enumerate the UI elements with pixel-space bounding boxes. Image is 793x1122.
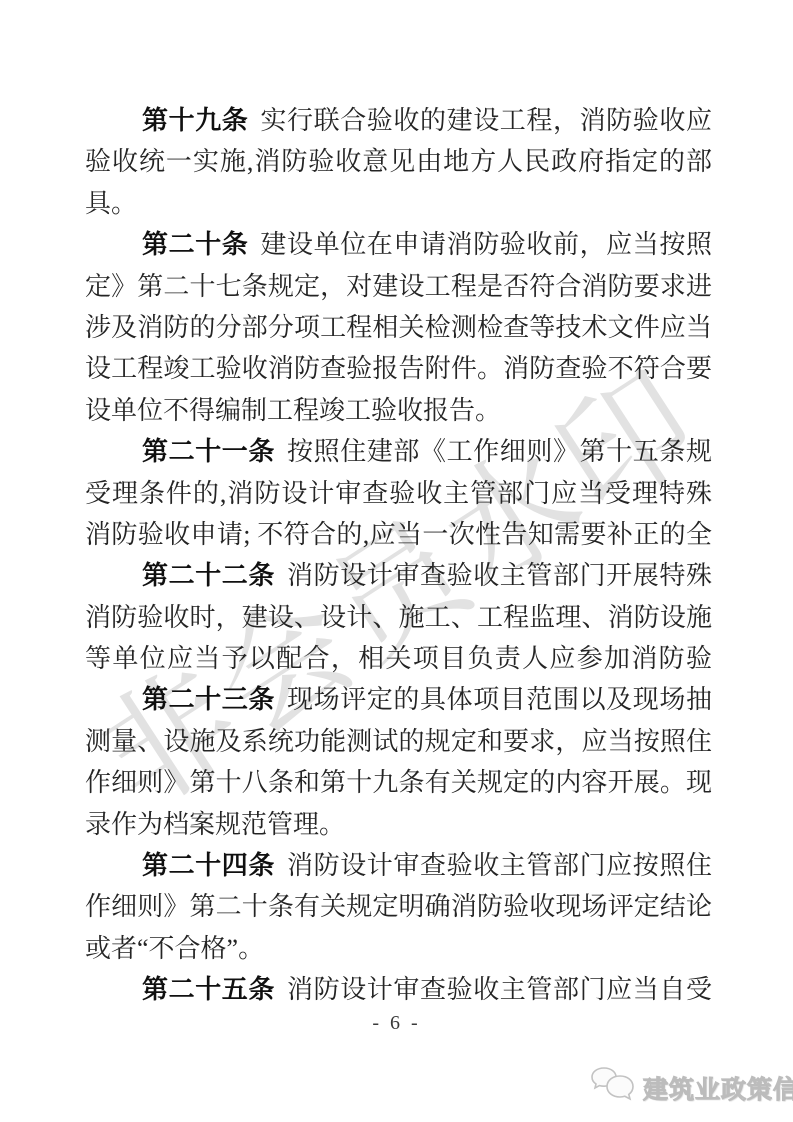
article-number: 第二十四条 (142, 851, 275, 880)
article-number: 第二十条 (142, 230, 248, 259)
document-page: 非会员水印 第十九条实行联合验收的建设工程，消防验收应纳入联合验收统一实施,消防… (0, 0, 793, 1122)
article-line: 定》第二十七条规定，对建设工程是否符合消防要求进行查验， (85, 266, 712, 307)
article-line: 录作为档案规范管理。 (85, 804, 712, 845)
article-line: 设工程竣工验收消防查验报告附件。消防查验不符合要求的，建 (85, 348, 712, 389)
article-line: 第十九条实行联合验收的建设工程，消防验收应纳入联合 (85, 100, 712, 141)
article-number: 第二十二条 (142, 561, 275, 590)
brand-label: 建筑业政策信息 (643, 1070, 793, 1106)
article-line: 作细则》第二十条有关规定明确消防验收现场评定结论为“合格” (85, 886, 712, 927)
article-line: 第二十一条按照住建部《工作细则》第十五条规定，符合 (85, 431, 712, 472)
article-number: 第二十一条 (142, 437, 275, 466)
article-line: 消防验收申请; 不符合的,应当一次性告知需要补正的全部内容。 (85, 514, 712, 555)
article-line: 作细则》第十八条和第十九条有关规定的内容开展。现场评定记 (85, 762, 712, 803)
article-line: 第二十四条消防设计审查验收主管部门应按照住建部《工 (85, 845, 712, 886)
article-number: 第十九条 (142, 106, 248, 135)
document-body: 第十九条实行联合验收的建设工程，消防验收应纳入联合验收统一实施,消防验收意见由地… (85, 100, 712, 1011)
article-line: 第二十三条现场评定的具体项目范围以及现场抽样查看、 (85, 679, 712, 720)
article-line: 设单位不得编制工程竣工验收报告。 (85, 390, 712, 431)
article-line: 第二十条建设单位在申请消防验收前，应当按照《暂行规 (85, 224, 712, 265)
article-line: 消防验收时，建设、设计、施工、工程监理、消防设施检测机构 (85, 597, 712, 638)
article-line: 等单位应当予以配合，相关项目负责人应参加消防验收。 (85, 638, 712, 679)
article-line: 具。 (85, 183, 712, 224)
article-line: 或者“不合格”。 (85, 928, 712, 969)
wechat-bubbles-icon (590, 1064, 636, 1111)
article-line: 受理条件的,消防设计审查验收主管部门应当受理特殊建设工程 (85, 473, 712, 514)
page-number: - 6 - (0, 1012, 793, 1035)
article-number: 第二十三条 (142, 685, 275, 714)
article-line: 第二十五条消防设计审查验收主管部门应当自受理消防验 (85, 969, 712, 1010)
article-line: 验收统一实施,消防验收意见由地方人民政府指定的部门统一出 (85, 141, 712, 182)
article-line: 第二十二条消防设计审查验收主管部门开展特殊建设工程 (85, 555, 712, 596)
article-line: 涉及消防的分部分项工程相关检测检查等技术文件应当作为建 (85, 307, 712, 348)
brand-footer: 建筑业政策信息 (590, 1064, 793, 1111)
article-number: 第二十五条 (142, 975, 275, 1004)
article-line: 测量、设施及系统功能测试的规定和要求，应当按照住建部《工 (85, 721, 712, 762)
